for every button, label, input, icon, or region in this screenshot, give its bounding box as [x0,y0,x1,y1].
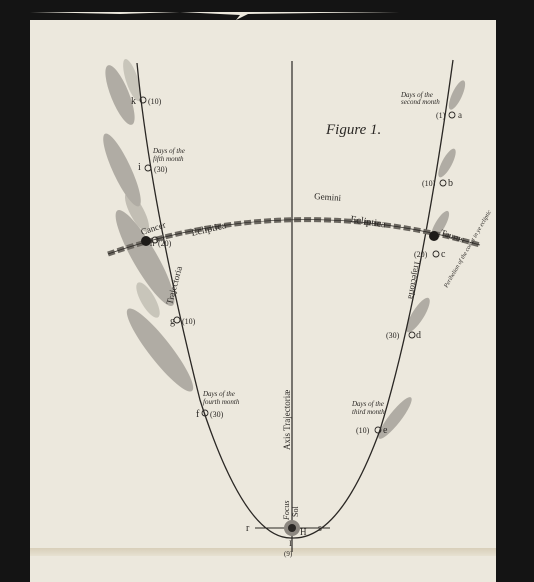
note-fifth-2: fifth month [153,155,184,163]
day-i: (30) [154,165,168,174]
day-c: (20) [414,250,428,259]
label-I: I [289,539,292,548]
day-e: (10) [356,426,370,435]
label-b: b [448,178,453,189]
day-a: (1) [436,111,446,120]
figure-title: Figure 1. [325,122,381,138]
day-f: (30) [210,410,224,419]
label-sol: Sol [291,506,300,517]
label-k: k [131,96,136,107]
comet-tails [97,57,468,442]
label-ecliptic-left: Ecliptica [190,220,228,239]
label-g: g [170,316,175,327]
label-h: h [150,238,155,248]
label-axis: Axis Trajectoriæ [282,390,292,450]
trajectory-curve [137,60,453,538]
torn-edge [30,9,496,20]
label-f: f [196,409,200,420]
label-taurus: Taurus [439,227,466,244]
note-third-1: Days of the [351,400,384,408]
label-a: a [458,110,462,120]
note-second-2: second month [401,98,440,106]
note-fourth-1: Days of the [202,390,235,398]
day-h: (20) [158,239,172,248]
sun-icon [288,524,296,532]
label-e: e [383,425,388,436]
label-ecliptic-right: Ecliptica [350,214,387,231]
day-b: (10) [422,179,436,188]
day-k: (10) [148,97,162,106]
tail-b [435,147,459,180]
label-r: r [246,523,250,534]
label-i: i [138,162,141,173]
taurus-dot [429,231,439,241]
day-g: (10) [182,317,196,326]
day-I: (9) [284,550,293,558]
label-s: s [318,523,322,534]
note-fourth-2: fourth month [203,398,240,406]
label-focus: Focus [282,500,291,521]
note-fifth-1: Days of the [152,147,185,155]
label-trajectory-right: Trajectoria [406,260,423,300]
label-H: H [300,527,307,537]
perihelion-note: Perihelion of the comet in ye ecliptic [442,209,493,290]
label-gemini: Gemini [314,191,342,203]
comet-diagram: Figure 1. k (10) i (30) h (20) g (10) f … [0,0,534,582]
note-third-2: third month [352,408,385,416]
day-d: (30) [386,331,400,340]
label-c: c [441,249,446,260]
label-d: d [416,330,421,341]
